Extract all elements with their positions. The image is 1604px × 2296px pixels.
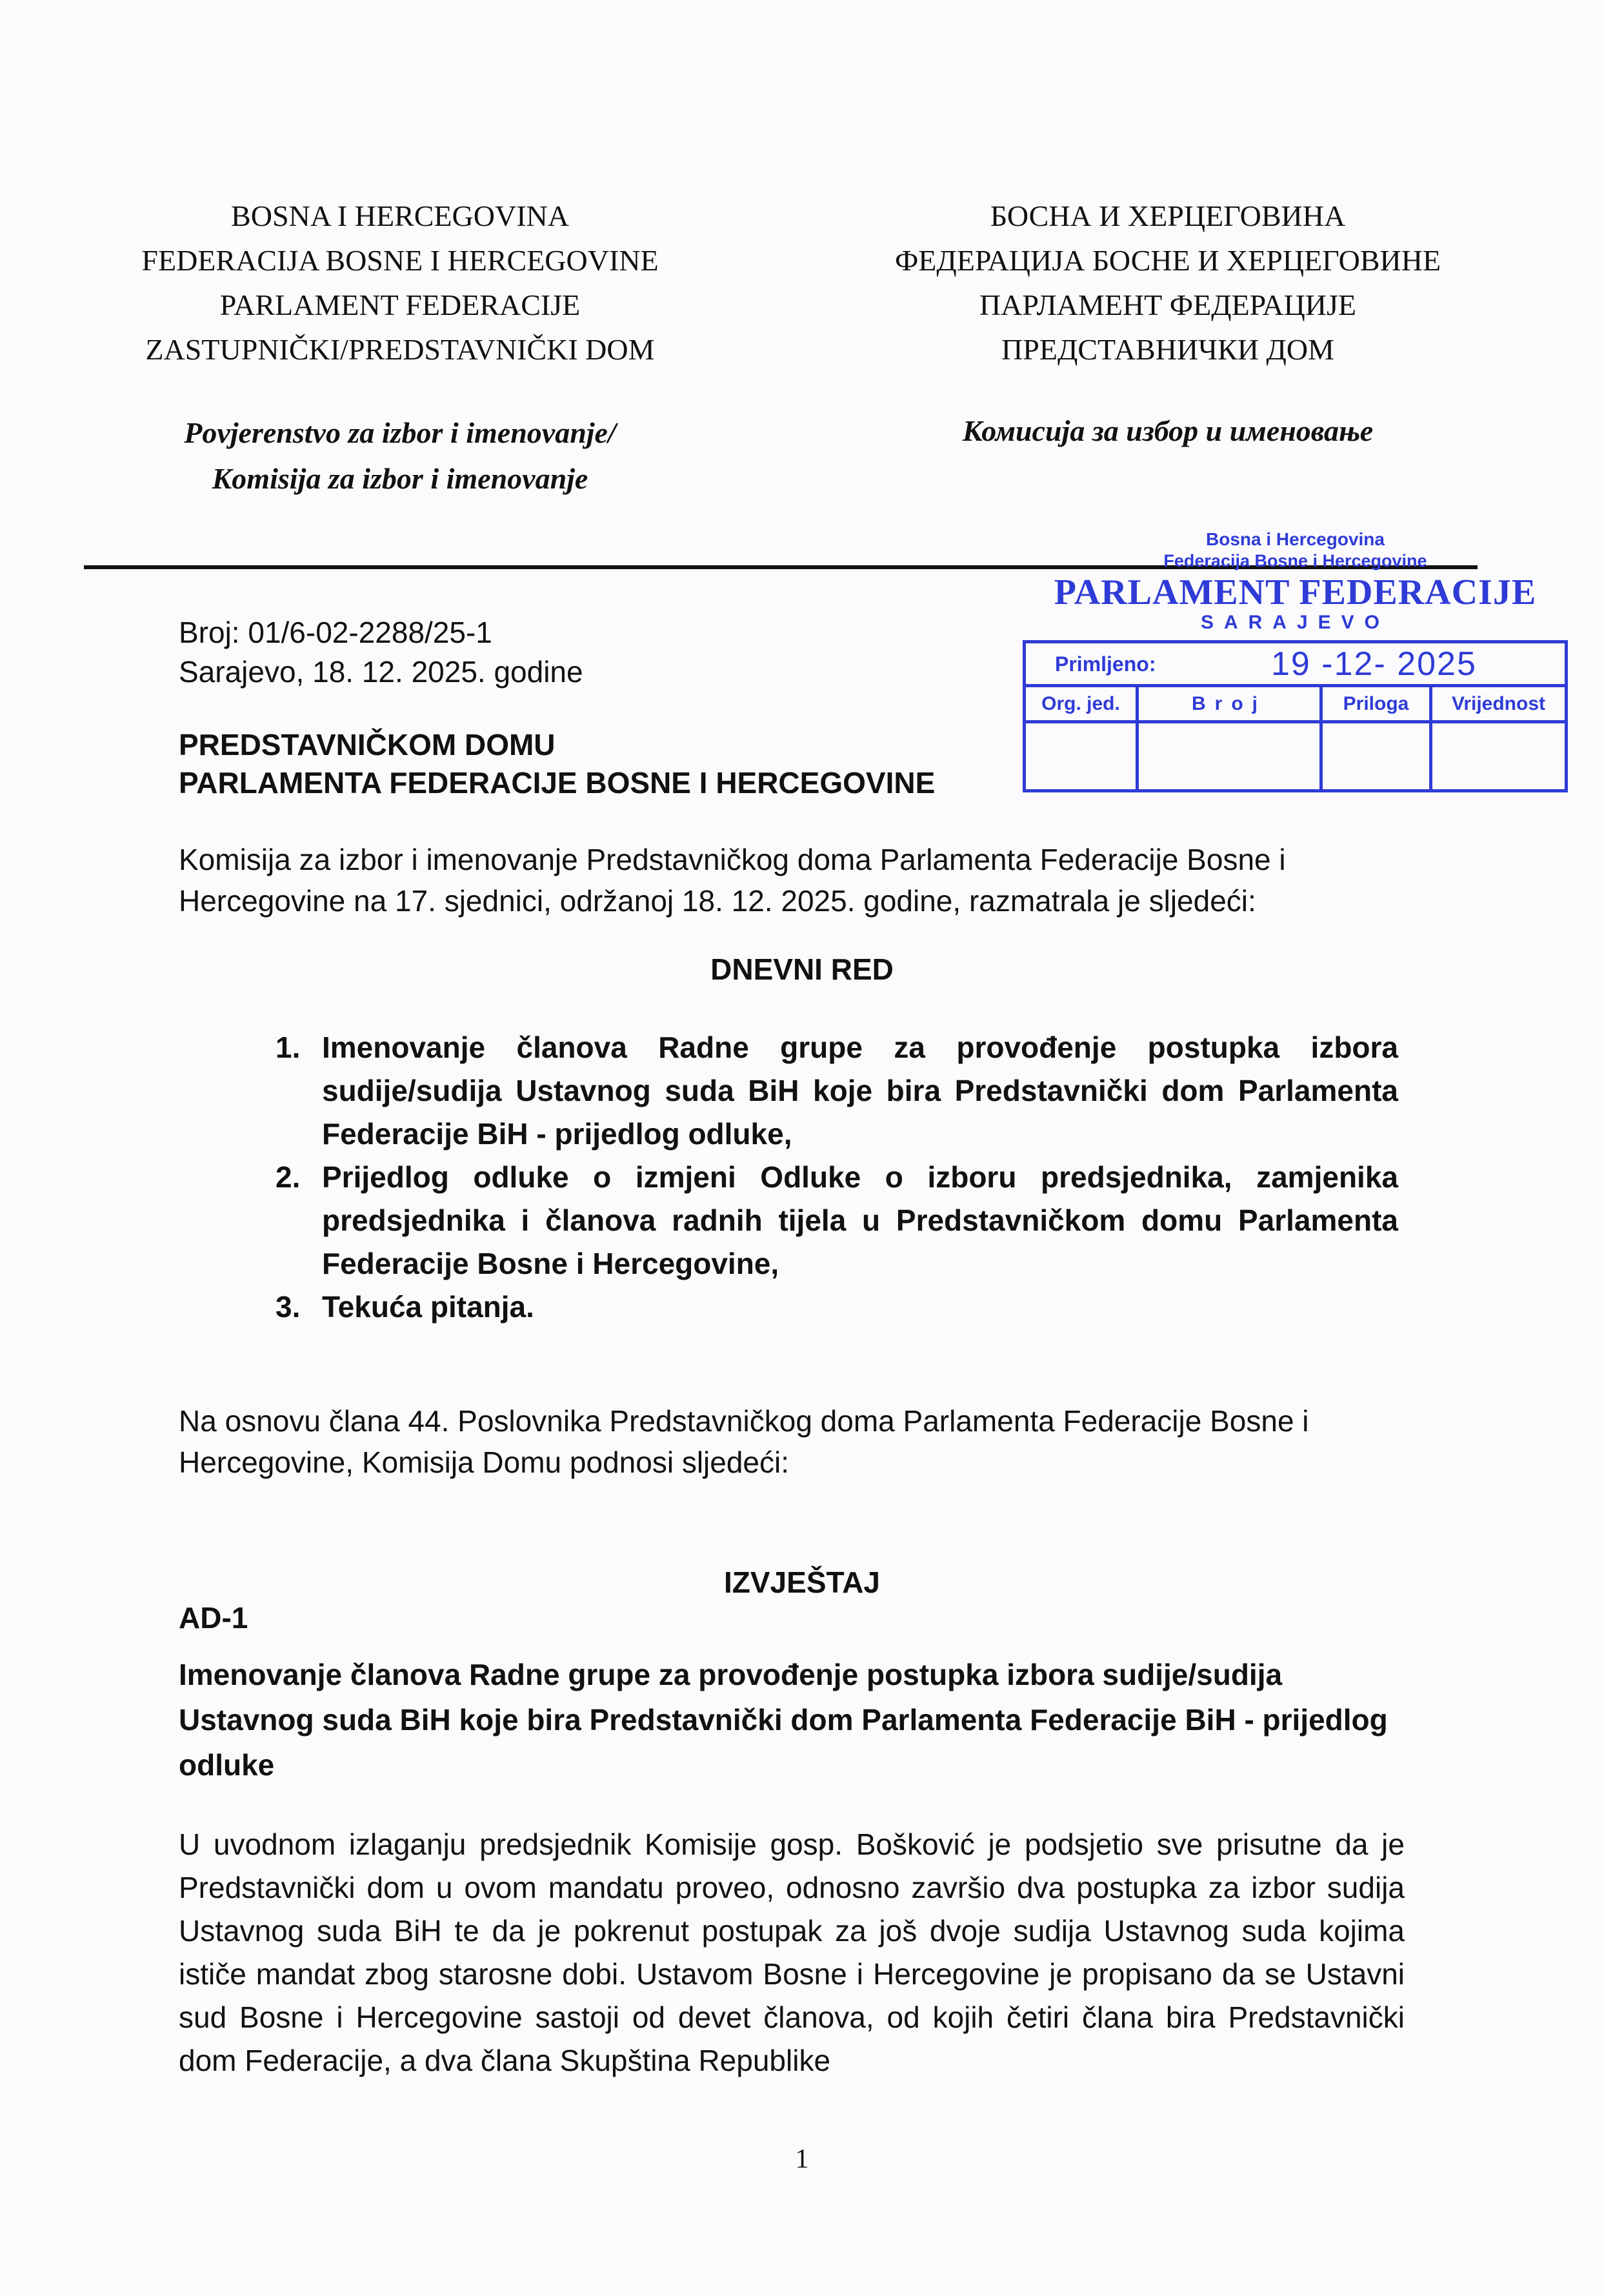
agenda-item-number: 1. <box>276 1026 300 1069</box>
agenda-item-text: Tekuća pitanja. <box>322 1290 534 1324</box>
committee-latin: Povjerenstvo za izbor i imenovanje/ Komi… <box>84 410 716 501</box>
committee-line: Povjerenstvo za izbor i imenovanje/ <box>84 410 716 456</box>
committee-cyrillic: Комисија за избор и именовање <box>826 408 1510 454</box>
agenda-item: 3.Tekuća pitanja. <box>276 1285 1398 1329</box>
stamp-col-header: Org. jed. <box>1026 687 1136 723</box>
stamp-line: Bosna i Hercegovina <box>1016 529 1574 550</box>
stamp-city: SARAJEVO <box>1016 612 1574 634</box>
header-line: ПРЕДСТАВНИЧКИ ДОМ <box>826 327 1510 372</box>
header-latin: BOSNA I HERCEGOVINA FEDERACIJA BOSNE I H… <box>84 194 716 372</box>
recipient-line: PREDSTAVNIČKOM DOMU <box>179 726 935 764</box>
document-place-date: Sarajevo, 18. 12. 2025. godine <box>179 652 583 692</box>
received-date: 19 -12- 2025 <box>1271 645 1477 683</box>
stamp-col-number: Broj <box>1139 687 1323 789</box>
document-meta: Broj: 01/6-02-2288/25-1 Sarajevo, 18. 12… <box>179 613 583 692</box>
stamp-col-org: Org. jed. <box>1026 687 1139 789</box>
intro-paragraph: Komisija za izbor i imenovanje Predstavn… <box>179 839 1405 921</box>
stamp-col-header: Priloga <box>1323 687 1429 723</box>
recipient-line: PARLAMENTA FEDERACIJE BOSNE I HERCEGOVIN… <box>179 764 935 802</box>
header-line: FEDERACIJA BOSNE I HERCEGOVINE <box>84 238 716 283</box>
report-body: U uvodnom izlaganju predsjednik Komisije… <box>179 1823 1405 2082</box>
basis-paragraph: Na osnovu člana 44. Poslovnika Predstavn… <box>179 1400 1405 1483</box>
header-cyrillic: БОСНА И ХЕРЦЕГОВИНА ФЕДЕРАЦИЈА БОСНЕ И Х… <box>826 194 1510 372</box>
stamp-line: Federacija Bosne i Hercegovine <box>1016 551 1574 571</box>
stamp-title: PARLAMENT FEDERACIJE <box>1016 572 1574 613</box>
agenda-item-number: 2. <box>276 1156 300 1199</box>
agenda-item: 1.Imenovanje članova Radne grupe za prov… <box>276 1026 1398 1156</box>
stamp-columns: Org. jed. Broj Priloga Vrijednost <box>1026 687 1565 789</box>
header-line: ФЕДЕРАЦИЈА БОСНЕ И ХЕРЦЕГОВИНЕ <box>826 238 1510 283</box>
agenda-item-text: Prijedlog odluke o izmjeni Odluke o izbo… <box>322 1160 1398 1280</box>
ad-label: AD-1 <box>179 1600 248 1635</box>
stamp-col-header: Broj <box>1139 687 1319 723</box>
stamp-col-header: Vrijednost <box>1432 687 1565 723</box>
stamp-col-value: Vrijednost <box>1432 687 1565 789</box>
header-line: PARLAMENT FEDERACIJE <box>84 283 716 327</box>
stamp-col-attachments: Priloga <box>1323 687 1432 789</box>
agenda-item-number: 3. <box>276 1285 300 1329</box>
received-label: Primljeno: <box>1055 652 1156 676</box>
agenda-title: DNEVNI RED <box>0 952 1604 987</box>
agenda-item: 2.Prijedlog odluke o izmjeni Odluke o iz… <box>276 1156 1398 1285</box>
header-line: BOSNA I HERCEGOVINA <box>84 194 716 238</box>
received-stamp: Bosna i Hercegovina Federacija Bosne i H… <box>1016 529 1574 800</box>
header-line: ZASTUPNIČKI/PREDSTAVNIČKI DOM <box>84 327 716 372</box>
header-line: ПАРЛАМЕНТ ФЕДЕРАЦИЈЕ <box>826 283 1510 327</box>
agenda-item-text: Imenovanje članova Radne grupe za provođ… <box>322 1031 1398 1151</box>
stamp-received-row: Primljeno: 19 -12- 2025 <box>1026 643 1565 687</box>
ad-title: Imenovanje članova Radne grupe za provođ… <box>179 1652 1405 1787</box>
page-number: 1 <box>0 2144 1604 2175</box>
committee-line: Komisija za izbor i imenovanje <box>84 456 716 501</box>
document-number: Broj: 01/6-02-2288/25-1 <box>179 613 583 652</box>
stamp-table: Primljeno: 19 -12- 2025 Org. jed. Broj P… <box>1023 640 1568 792</box>
recipient: PREDSTAVNIČKOM DOMU PARLAMENTA FEDERACIJ… <box>179 726 935 802</box>
agenda-list: 1.Imenovanje članova Radne grupe za prov… <box>276 1026 1398 1329</box>
header-line: БОСНА И ХЕРЦЕГОВИНА <box>826 194 1510 238</box>
report-title: IZVJEŠTAJ <box>0 1565 1604 1600</box>
